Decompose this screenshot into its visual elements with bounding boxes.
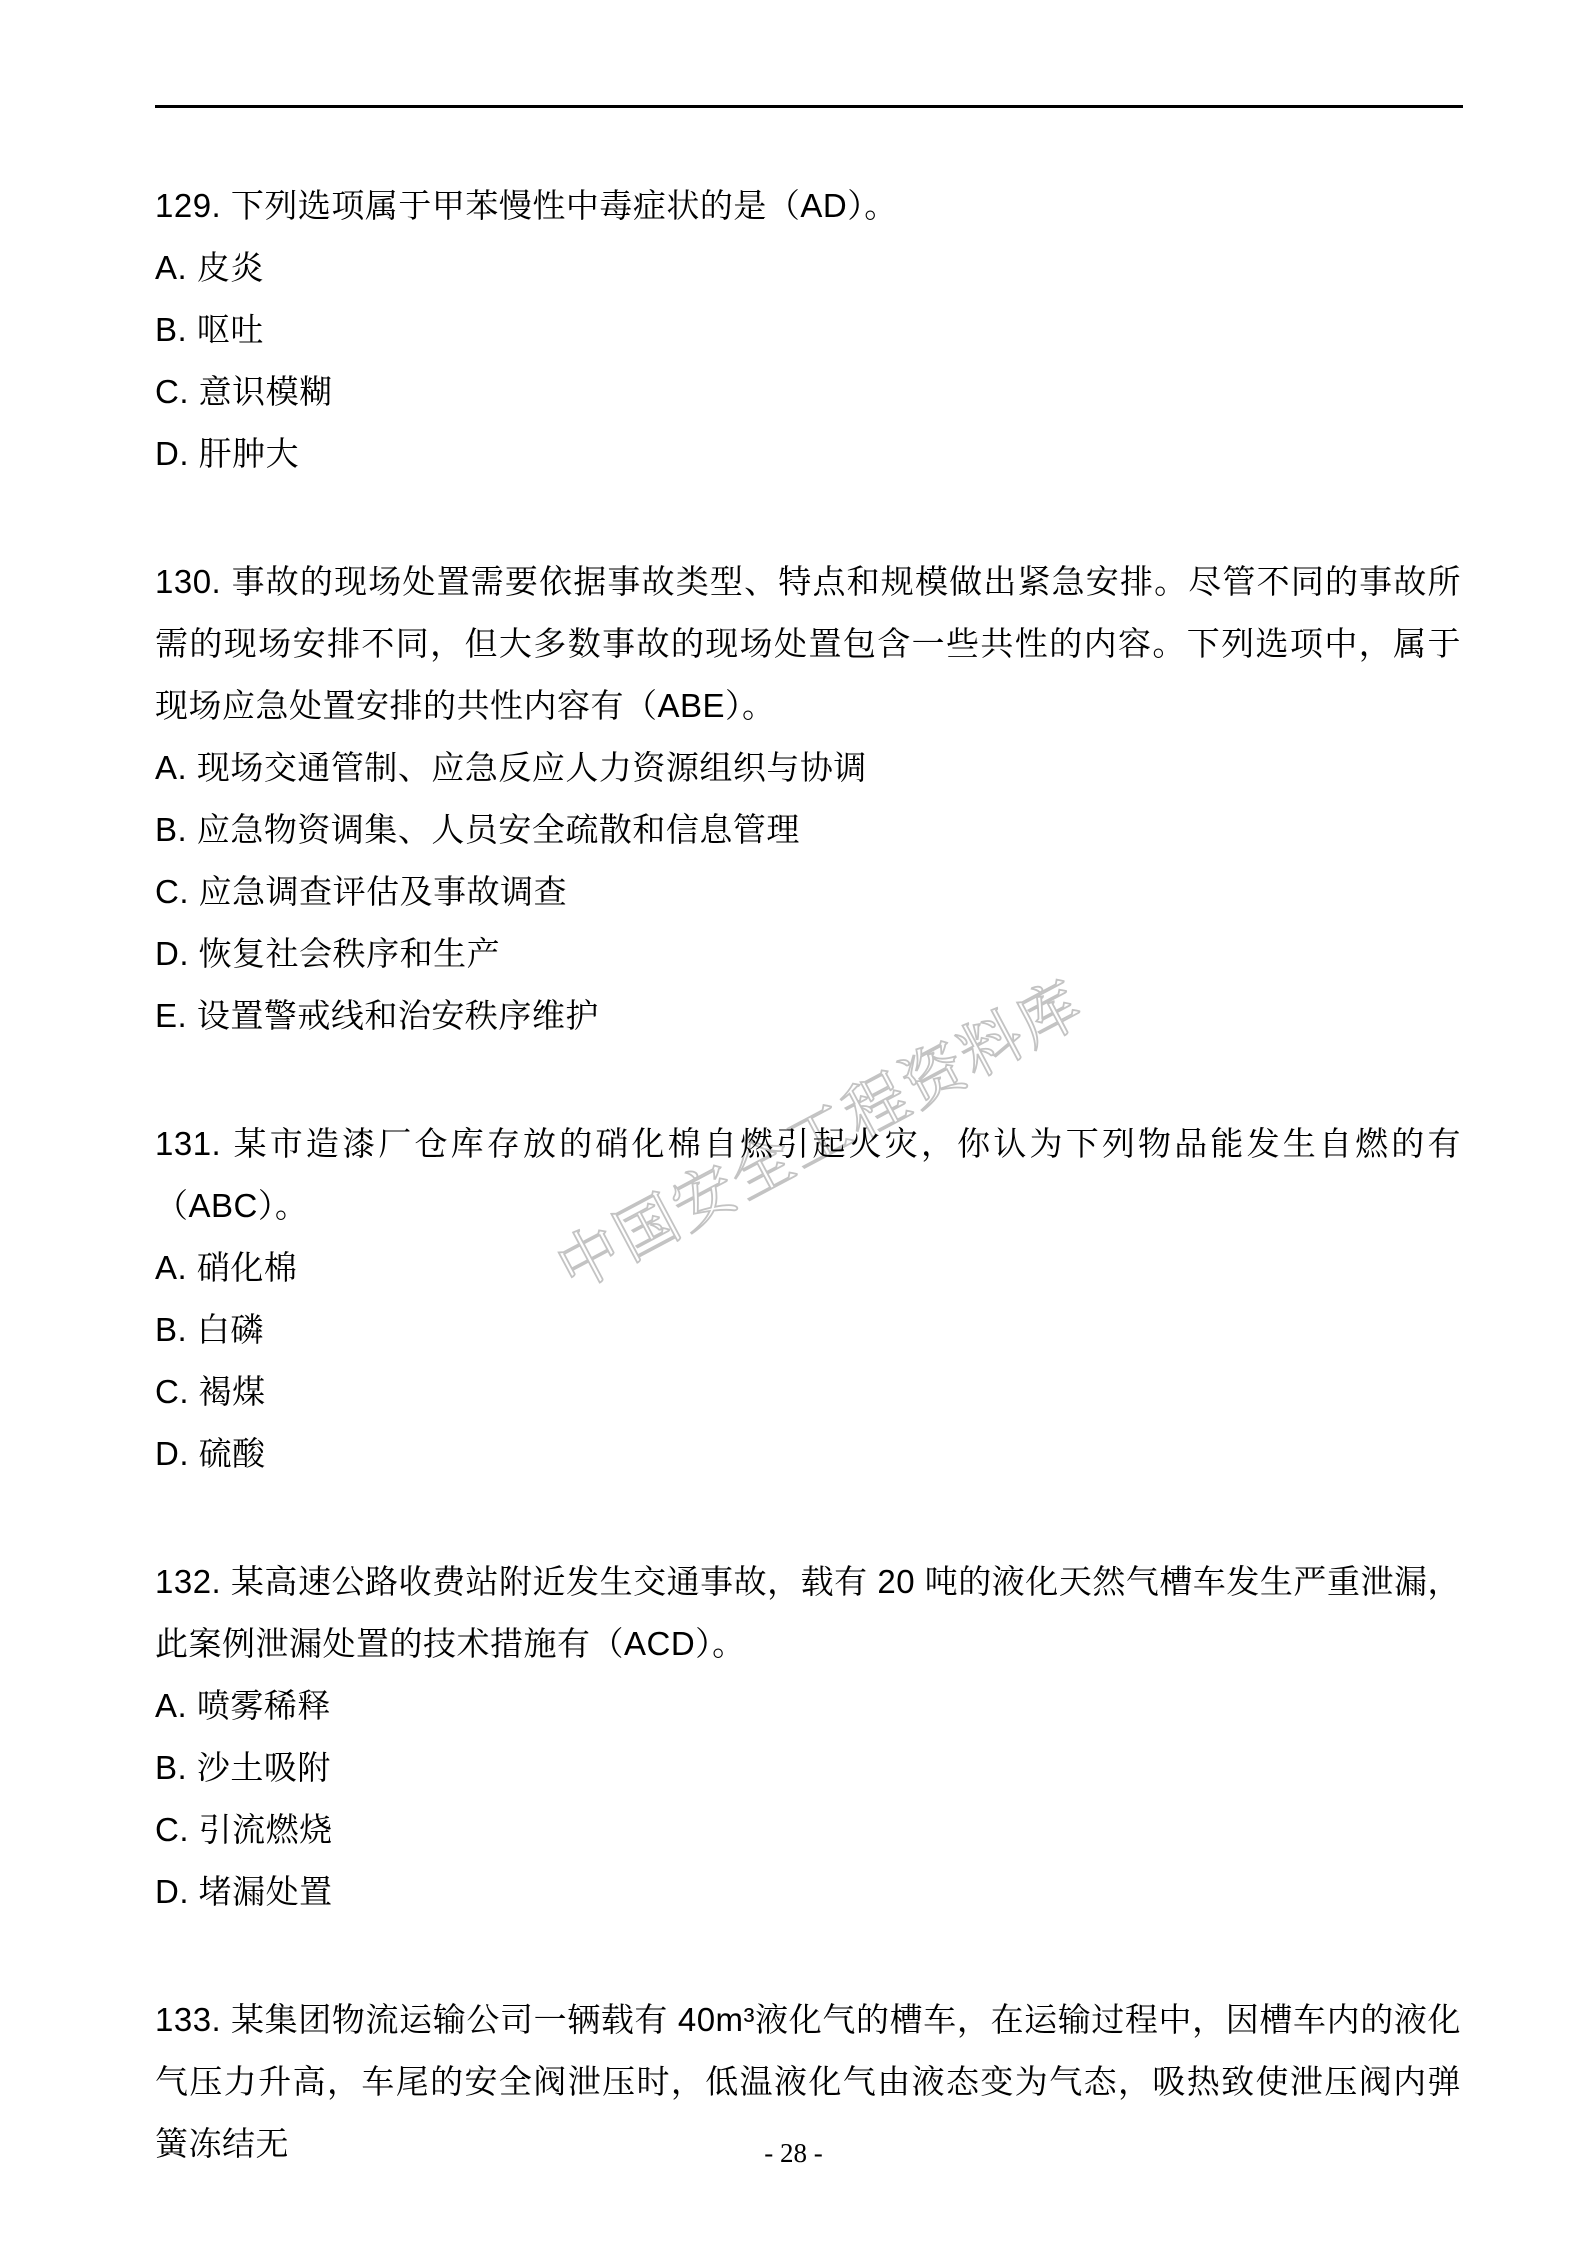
question-stem: 132. 某高速公路收费站附近发生交通事故，载有 20 吨的液化天然气槽车发生严… bbox=[155, 1551, 1461, 1675]
question-list: 129. 下列选项属于甲苯慢性中毒症状的是（AD）。 A. 皮炎 B. 呕吐 C… bbox=[155, 175, 1461, 2175]
option-c: C. 应急调查评估及事故调查 bbox=[155, 861, 1461, 923]
option-d: D. 肝肿大 bbox=[155, 423, 1461, 485]
question-stem: 129. 下列选项属于甲苯慢性中毒症状的是（AD）。 bbox=[155, 175, 1461, 237]
option-b: B. 白磷 bbox=[155, 1299, 1461, 1361]
option-a: A. 皮炎 bbox=[155, 237, 1461, 299]
option-b: B. 沙土吸附 bbox=[155, 1737, 1461, 1799]
option-d: D. 恢复社会秩序和生产 bbox=[155, 923, 1461, 985]
question-130: 130. 事故的现场处置需要依据事故类型、特点和规模做出紧急安排。尽管不同的事故… bbox=[155, 551, 1461, 1047]
header-rule bbox=[155, 105, 1463, 108]
document-page: 中国安全工程资料库 129. 下列选项属于甲苯慢性中毒症状的是（AD）。 A. … bbox=[0, 0, 1587, 2245]
option-e: E. 设置警戒线和治安秩序维护 bbox=[155, 985, 1461, 1047]
option-c: C. 意识模糊 bbox=[155, 361, 1461, 423]
option-b: B. 应急物资调集、人员安全疏散和信息管理 bbox=[155, 799, 1461, 861]
option-d: D. 硫酸 bbox=[155, 1423, 1461, 1485]
option-a: A. 喷雾稀释 bbox=[155, 1675, 1461, 1737]
question-stem: 130. 事故的现场处置需要依据事故类型、特点和规模做出紧急安排。尽管不同的事故… bbox=[155, 551, 1461, 737]
option-d: D. 堵漏处置 bbox=[155, 1861, 1461, 1923]
question-132: 132. 某高速公路收费站附近发生交通事故，载有 20 吨的液化天然气槽车发生严… bbox=[155, 1551, 1461, 1923]
option-a: A. 现场交通管制、应急反应人力资源组织与协调 bbox=[155, 737, 1461, 799]
question-129: 129. 下列选项属于甲苯慢性中毒症状的是（AD）。 A. 皮炎 B. 呕吐 C… bbox=[155, 175, 1461, 485]
question-stem: 131. 某市造漆厂仓库存放的硝化棉自燃引起火灾，你认为下列物品能发生自燃的有（… bbox=[155, 1113, 1461, 1237]
question-131: 131. 某市造漆厂仓库存放的硝化棉自燃引起火灾，你认为下列物品能发生自燃的有（… bbox=[155, 1113, 1461, 1485]
option-a: A. 硝化棉 bbox=[155, 1237, 1461, 1299]
option-b: B. 呕吐 bbox=[155, 299, 1461, 361]
option-c: C. 褐煤 bbox=[155, 1361, 1461, 1423]
option-c: C. 引流燃烧 bbox=[155, 1799, 1461, 1861]
page-number: - 28 - bbox=[0, 2138, 1587, 2169]
